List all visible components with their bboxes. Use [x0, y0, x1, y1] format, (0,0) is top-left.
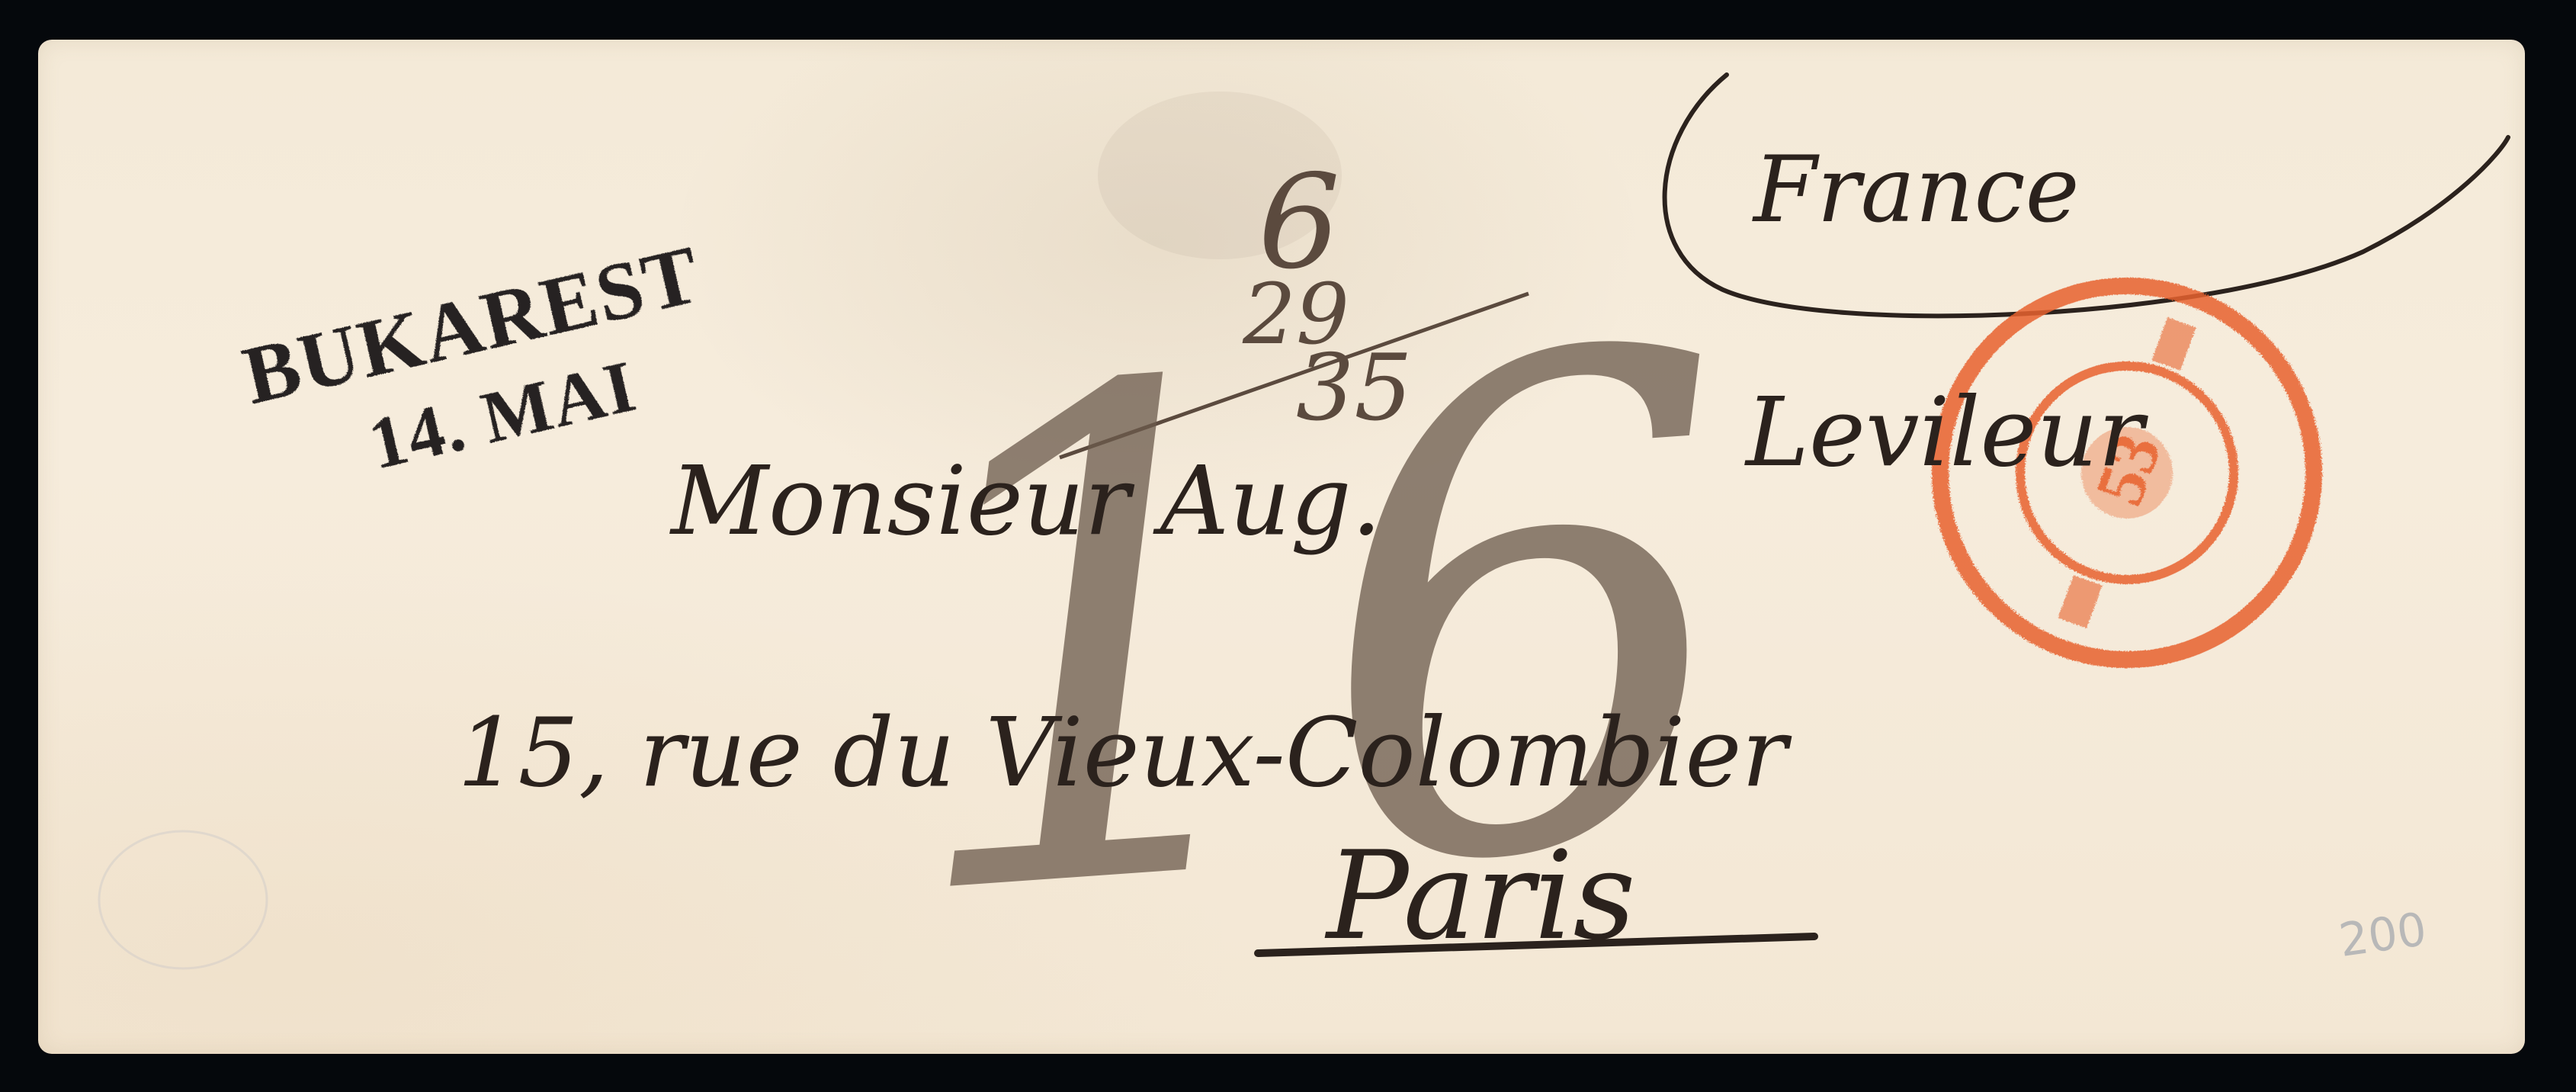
- envelope-cover: [38, 40, 2525, 1054]
